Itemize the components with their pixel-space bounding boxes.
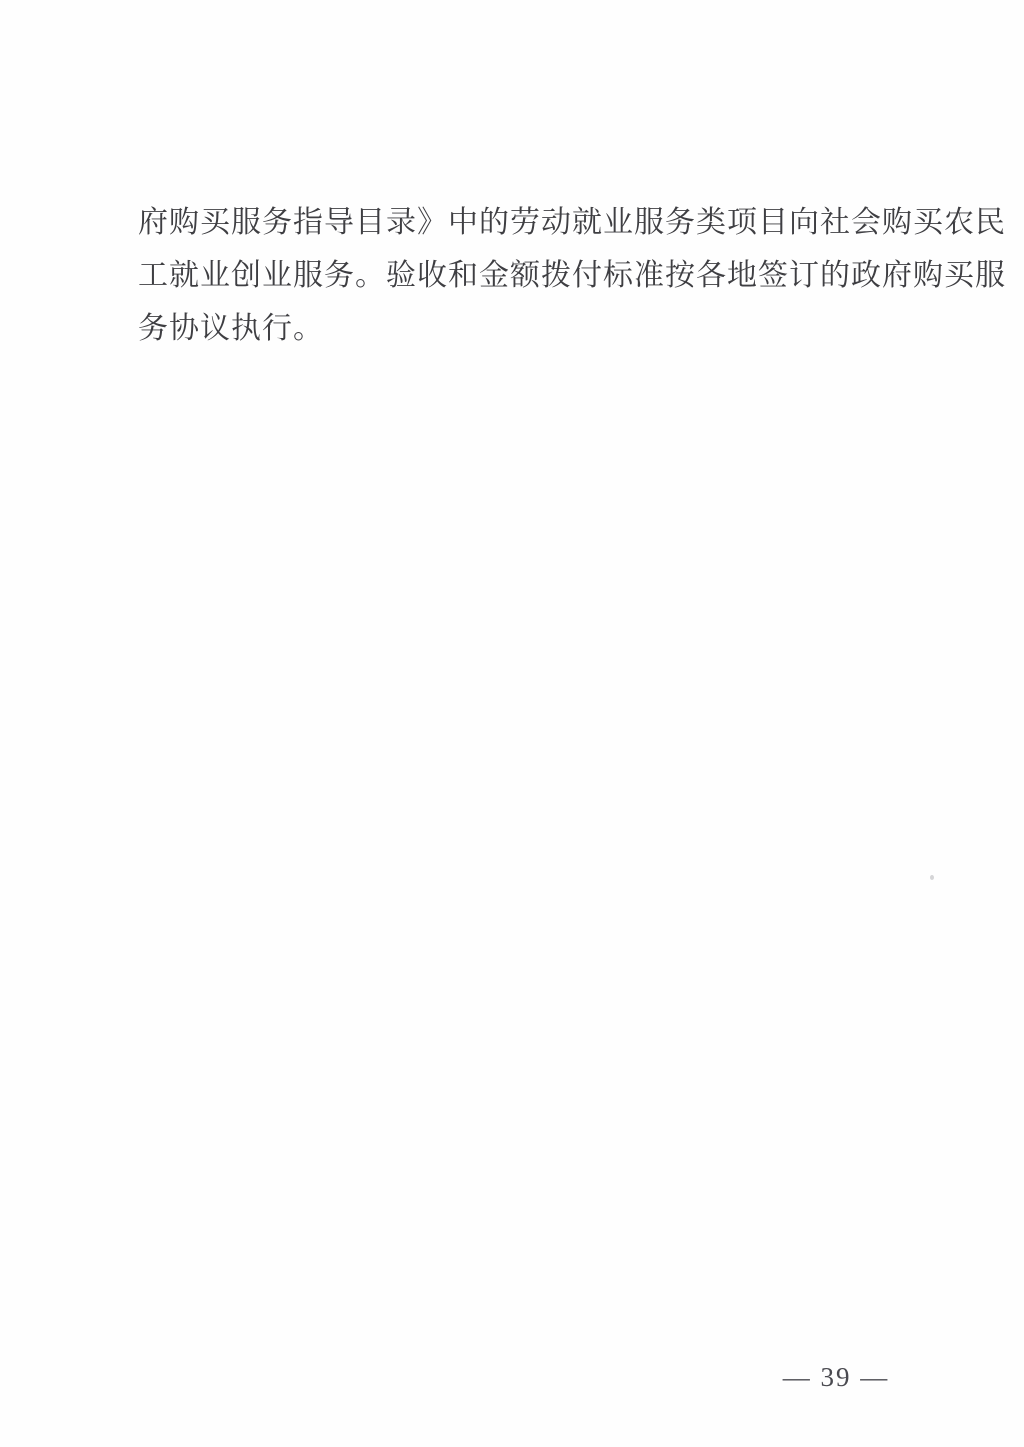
document-page: 府购买服务指导目录》中的劳动就业服务类项目向社会购买农民 工就业创业服务。验收和…: [0, 0, 1024, 1447]
text-line-1: 府购买服务指导目录》中的劳动就业服务类项目向社会购买农民: [138, 196, 910, 249]
scan-artifact-dot: [930, 875, 934, 880]
text-line-2: 工就业创业服务。验收和金额拨付标准按各地签订的政府购买服: [138, 249, 910, 302]
text-line-3: 务协议执行。: [138, 302, 910, 355]
page-number: — 39 —: [780, 1362, 892, 1393]
paragraph: 府购买服务指导目录》中的劳动就业服务类项目向社会购买农民 工就业创业服务。验收和…: [138, 196, 910, 355]
